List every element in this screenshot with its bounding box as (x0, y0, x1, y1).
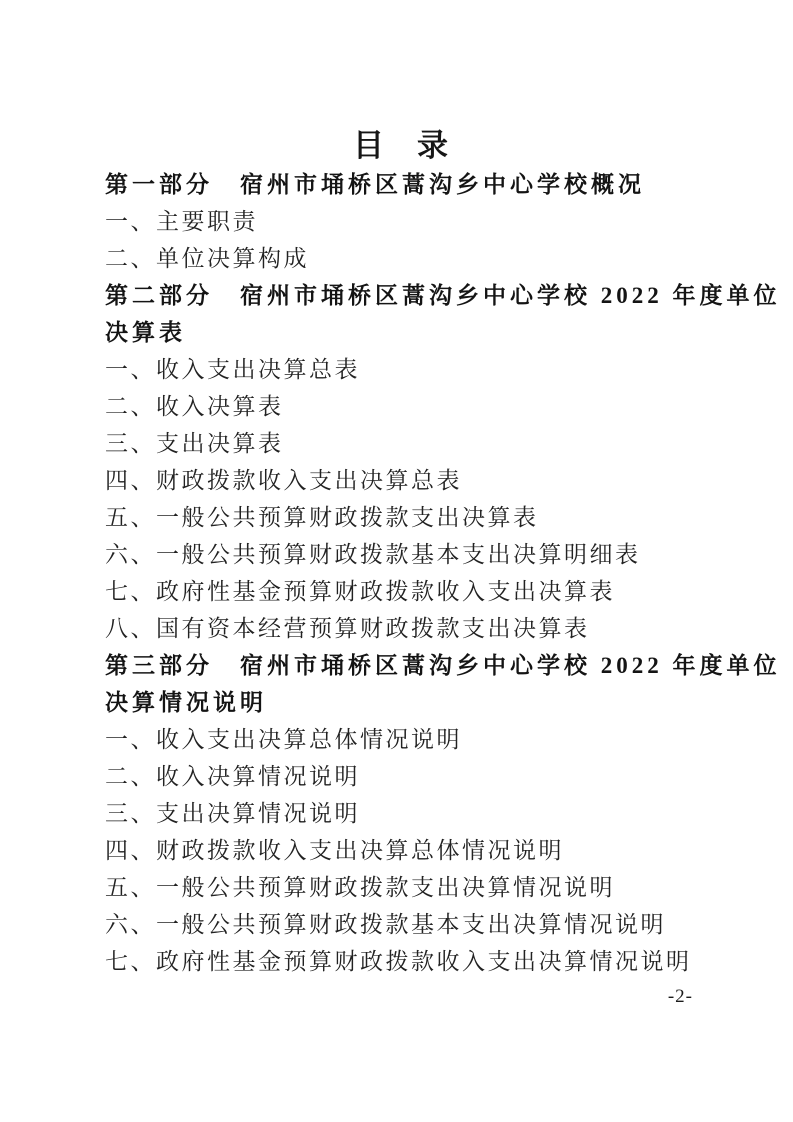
document-page: 目 录 第一部分 宿州市埇桥区蒿沟乡中心学校概况 一、主要职责 二、单位决算构成… (0, 0, 793, 1122)
toc-item: 五、一般公共预算财政拨款支出决算情况说明 (105, 869, 697, 906)
toc-item: 六、一般公共预算财政拨款基本支出决算明细表 (105, 536, 697, 573)
part-1-heading: 第一部分 宿州市埇桥区蒿沟乡中心学校概况 (105, 166, 697, 203)
toc-item: 八、国有资本经营预算财政拨款支出决算表 (105, 610, 697, 647)
toc-item: 四、财政拨款收入支出决算总体情况说明 (105, 832, 697, 869)
toc-item: 一、收入支出决算总表 (105, 351, 697, 388)
toc-item: 二、单位决算构成 (105, 240, 697, 277)
toc-item: 三、支出决算情况说明 (105, 795, 697, 832)
toc-item: 二、收入决算表 (105, 388, 697, 425)
table-of-contents: 目 录 第一部分 宿州市埇桥区蒿沟乡中心学校概况 一、主要职责 二、单位决算构成… (105, 126, 697, 1008)
toc-item: 六、一般公共预算财政拨款基本支出决算情况说明 (105, 906, 697, 943)
page-title: 目 录 (105, 126, 697, 166)
toc-item: 二、收入决算情况说明 (105, 758, 697, 795)
page-number: -2- (105, 986, 697, 1008)
toc-item: 五、一般公共预算财政拨款支出决算表 (105, 499, 697, 536)
toc-item: 一、主要职责 (105, 203, 697, 240)
toc-item: 四、财政拨款收入支出决算总表 (105, 462, 697, 499)
part-3-heading-line-2: 决算情况说明 (105, 684, 697, 721)
toc-item: 七、政府性基金预算财政拨款收入支出决算情况说明 (105, 943, 697, 980)
part-2-heading-line-1: 第二部分 宿州市埇桥区蒿沟乡中心学校 2022 年度单位 (105, 277, 697, 314)
toc-item: 三、支出决算表 (105, 425, 697, 462)
part-2-heading-line-2: 决算表 (105, 314, 697, 351)
part-3-heading-line-1: 第三部分 宿州市埇桥区蒿沟乡中心学校 2022 年度单位 (105, 647, 697, 684)
toc-item: 一、收入支出决算总体情况说明 (105, 721, 697, 758)
toc-item: 七、政府性基金预算财政拨款收入支出决算表 (105, 573, 697, 610)
